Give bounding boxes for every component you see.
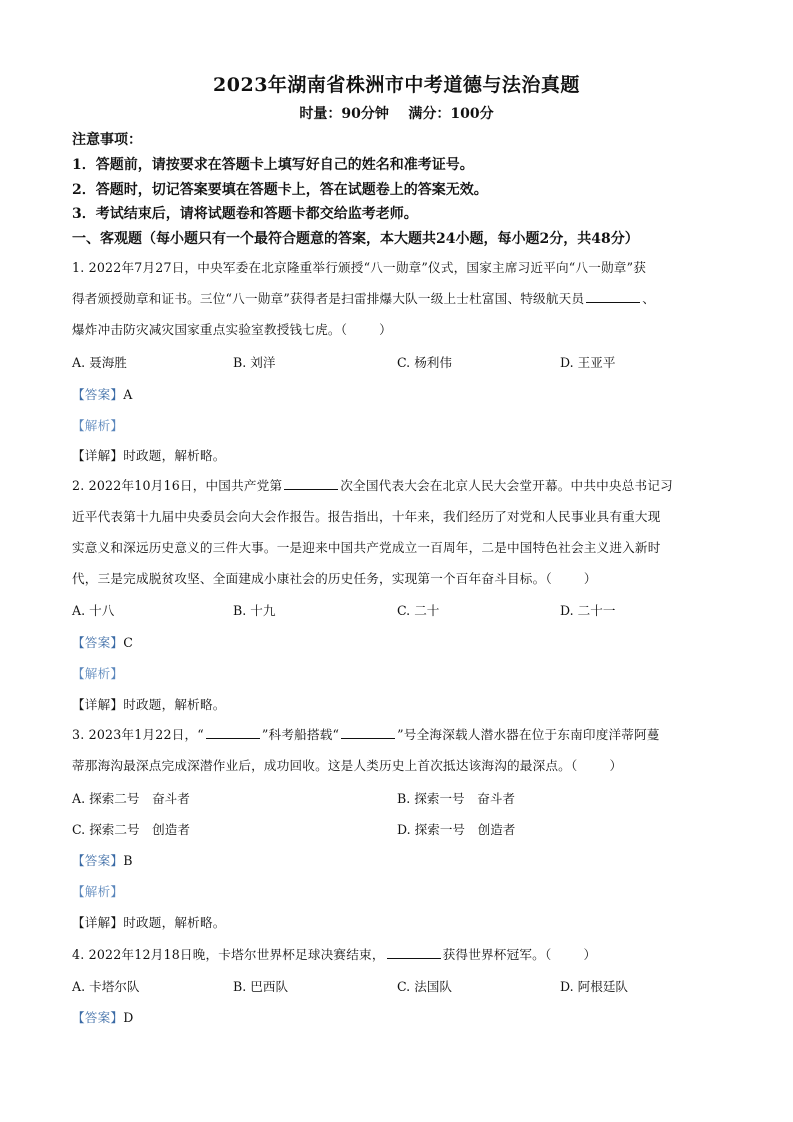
detail-label: 【详解】 — [72, 448, 123, 463]
detail-text: 时政题，解析略。 — [123, 697, 225, 712]
fill-blank — [284, 478, 338, 490]
detail-label: 【详解】 — [72, 697, 123, 712]
analysis-label: 【解析】 — [72, 881, 123, 900]
question-text: 3. 2023年1月22日，“”科考船搭载“”号全海深载人潜水器在位于东南印度洋… — [72, 724, 660, 743]
detail-row: 【详解】时政题，解析略。 — [72, 912, 226, 931]
answer-value: B — [123, 853, 132, 868]
question-text-part: 2. 2022年10月16日，中国共产党第 — [72, 478, 282, 493]
question-text-part: ） — [583, 947, 596, 962]
option-d: D. 探索一号 创造者 — [397, 819, 515, 838]
question-text: 蒂那海沟最深点完成深潜作业后，成功回收。这是人类历史上首次抵达该海沟的最深点。（… — [72, 755, 622, 774]
option-d: D. 王亚平 — [560, 352, 615, 371]
notice-heading: 注意事项： — [72, 129, 142, 149]
answer-value: C — [123, 635, 133, 650]
option-a: A. 十八 — [72, 600, 114, 619]
detail-label: 【详解】 — [72, 915, 123, 930]
answer-row: 【答案】D — [72, 1007, 134, 1026]
page-title: 2023年湖南省株洲市中考道德与法治真题 — [0, 70, 793, 97]
option-d: D. 阿根廷队 — [560, 976, 628, 995]
option-a: A. 探索二号 奋斗者 — [72, 788, 190, 807]
option-c: C. 法国队 — [397, 976, 452, 995]
fill-blank — [387, 947, 441, 959]
question-text: 近平代表第十九届中央委员会向大会作报告。报告指出，十年来，我们经历了对党和人民事… — [72, 506, 661, 525]
question-text: 4. 2022年12月18日晚，卡塔尔世界杯足球决赛结束，获得世界杯冠军。（） — [72, 944, 596, 963]
question-text: 爆炸冲击防灾减灾国家重点实验室教授钱七虎。（） — [72, 319, 392, 338]
question-text-part: 获得世界杯冠军。（ — [443, 947, 552, 962]
notice-item: 1．答题前，请按要求在答题卡上填写好自己的姓名和准考证号。 — [72, 154, 474, 174]
option-c: C. 杨利伟 — [397, 352, 452, 371]
option-b: B. 十九 — [233, 600, 275, 619]
detail-row: 【详解】时政题，解析略。 — [72, 694, 226, 713]
question-text-part: 爆炸冲击防灾减灾国家重点实验室教授钱七虎。（ — [72, 322, 347, 337]
option-c: C. 探索二号 创造者 — [72, 819, 190, 838]
answer-row: 【答案】B — [72, 850, 133, 869]
question-text: 1. 2022年7月27日，中央军委在北京隆重举行颁授“八一勋章”仪式，国家主席… — [72, 257, 646, 276]
fill-blank — [586, 291, 640, 303]
question-text: 得者颁授勋章和证书。三位“八一勋章”获得者是扫雷排爆大队一级上士杜富国、特级航天… — [72, 288, 655, 307]
exam-meta: 时量：90分钟 满分：100分 — [0, 103, 793, 123]
notice-item: 3．考试结束后，请将试题卷和答题卡都交给监考老师。 — [72, 203, 418, 223]
option-b: B. 探索一号 奋斗者 — [397, 788, 515, 807]
answer-label: 【答案】 — [72, 853, 123, 868]
question-text: 2. 2022年10月16日，中国共产党第次全国代表大会在北京人民大会堂开幕。中… — [72, 475, 673, 494]
option-a: A. 卡塔尔队 — [72, 976, 139, 995]
answer-label: 【答案】 — [72, 1010, 123, 1025]
notice-item: 2．答题时，切记答案要填在答题卡上，答在试题卷上的答案无效。 — [72, 179, 488, 199]
option-b: B. 巴西队 — [233, 976, 288, 995]
question-text-part: 、 — [642, 291, 655, 306]
answer-label: 【答案】 — [72, 387, 123, 402]
option-a: A. 聂海胜 — [72, 352, 127, 371]
answer-row: 【答案】A — [72, 384, 132, 403]
question-text-part: ”号全海深载人潜水器在位于东南印度洋蒂阿蔓 — [397, 727, 660, 742]
question-text-part: 次全国代表大会在北京人民大会堂开幕。中共中央总书记习 — [340, 478, 673, 493]
question-text-part: 代，三是完成脱贫攻坚、全面建成小康社会的历史任务，实现第一个百年奋斗目标。（ — [72, 571, 552, 586]
question-text-part: ） — [584, 571, 597, 586]
fill-blank — [341, 727, 395, 739]
question-text: 代，三是完成脱贫攻坚、全面建成小康社会的历史任务，实现第一个百年奋斗目标。（） — [72, 568, 597, 587]
section-heading: 一、客观题（每小题只有一个最符合题意的答案，本大题共24小题，每小题2分，共48… — [72, 228, 639, 248]
option-c: C. 二十 — [397, 600, 439, 619]
question-text: 实意义和深远历史意义的三件大事。一是迎来中国共产党成立一百周年，二是中国特色社会… — [72, 537, 661, 556]
question-text-part: 得者颁授勋章和证书。三位“八一勋章”获得者是扫雷排爆大队一级上士杜富国、特级航天… — [72, 291, 584, 306]
answer-value: D — [123, 1010, 133, 1025]
question-text-part: 4. 2022年12月18日晚，卡塔尔世界杯足球决赛结束， — [72, 947, 385, 962]
detail-text: 时政题，解析略。 — [123, 448, 225, 463]
analysis-label: 【解析】 — [72, 415, 123, 434]
option-b: B. 刘洋 — [233, 352, 275, 371]
option-d: D. 二十一 — [560, 600, 615, 619]
detail-row: 【详解】时政题，解析略。 — [72, 445, 226, 464]
question-text-part: 蒂那海沟最深点完成深潜作业后，成功回收。这是人类历史上首次抵达该海沟的最深点。（ — [72, 758, 577, 773]
question-text-part: ） — [609, 758, 622, 773]
answer-value: A — [123, 387, 132, 402]
detail-text: 时政题，解析略。 — [123, 915, 225, 930]
question-text-part: ） — [379, 322, 392, 337]
question-text-part: 3. 2023年1月22日，“ — [72, 727, 204, 742]
answer-row: 【答案】C — [72, 632, 133, 651]
question-text-part: ”科考船搭载“ — [262, 727, 339, 742]
fill-blank — [206, 727, 260, 739]
analysis-label: 【解析】 — [72, 663, 123, 682]
answer-label: 【答案】 — [72, 635, 123, 650]
